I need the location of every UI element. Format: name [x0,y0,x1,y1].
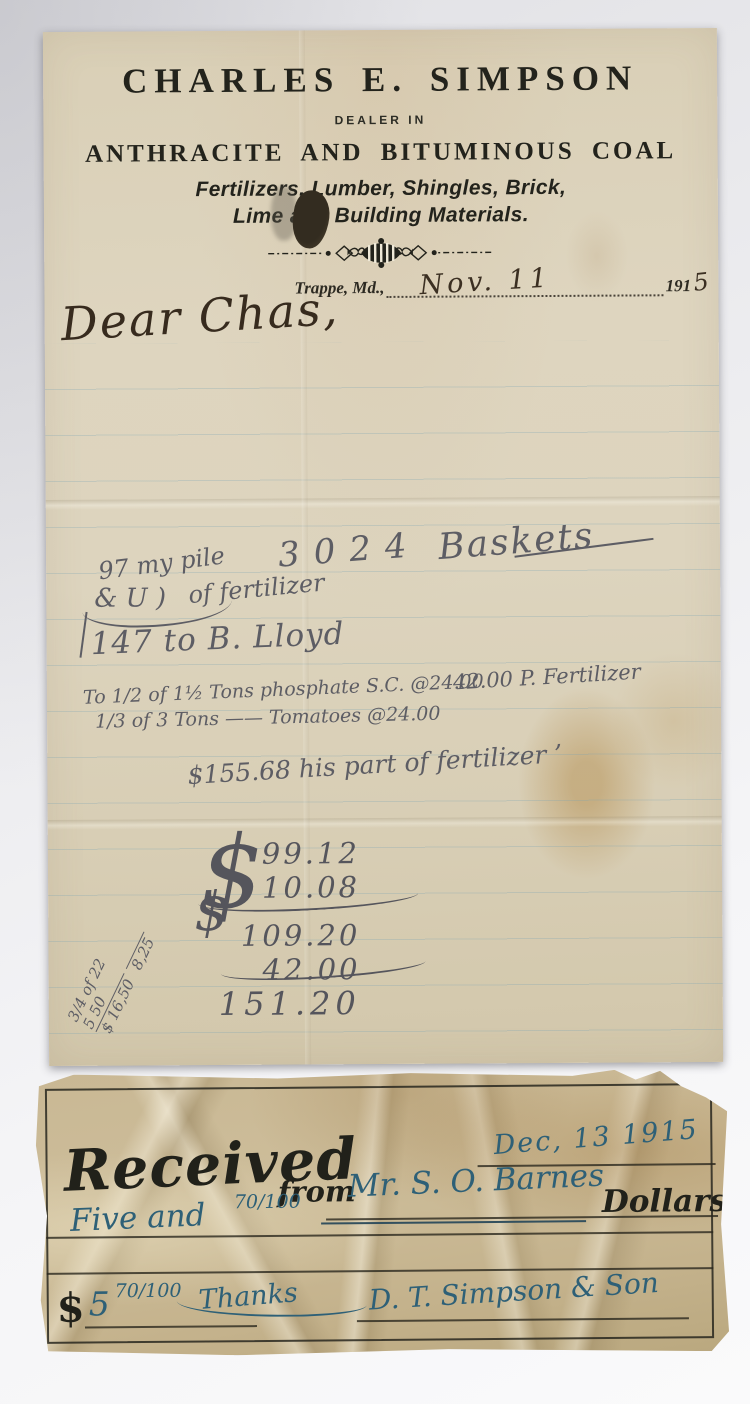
products-line-2: Lime and Building Materials. [44,202,718,230]
dealer-in-label: DEALER IN [43,111,717,129]
dateline: Trappe, Md., Nov. 11 191 5 [294,264,708,299]
salutation: Dear Chas, [59,281,340,351]
amount-words-fraction: 70/100 [234,1191,301,1214]
products-line-1: Fertilizers, Lumber, Shingles, Brick, [44,175,718,203]
perforated-edge [25,1089,34,1346]
arith-row: 99.12 [178,836,360,871]
business-name: CHARLES E. SIMPSON [43,58,717,102]
amount-numeric-fraction: 70/100 [115,1280,182,1303]
arith-row: 109.20 [178,918,360,953]
amount-numeric: 5 [89,1284,110,1323]
coal-line: ANTHRACITE AND BITUMINOUS COAL [44,137,718,169]
arithmetic-column: 99.12 10.08 109.20 42.00 151.20 [178,836,361,1021]
dollars-label: Dollars [602,1183,727,1220]
letterhead: CHARLES E. SIMPSON DEALER IN ANTHRACITE … [43,58,718,276]
date-dotted-line: Nov. 11 [386,264,663,298]
year-printed: 191 [666,276,692,296]
amount-words: Five and [69,1197,206,1239]
dollar-sign: $ [57,1285,85,1332]
photo-of-documents: CHARLES E. SIMPSON DEALER IN ANTHRACITE … [0,0,750,1404]
handwritten-date: Nov. 11 [419,263,552,302]
receipt-slip: Dec, 13 1915 Received from Mr. S. O. Bar… [25,1069,729,1357]
year-handwritten: 5 [692,267,710,297]
letter-sheet: CHARLES E. SIMPSON DEALER IN ANTHRACITE … [43,28,723,1066]
arith-total: 151.20 [179,986,361,1021]
